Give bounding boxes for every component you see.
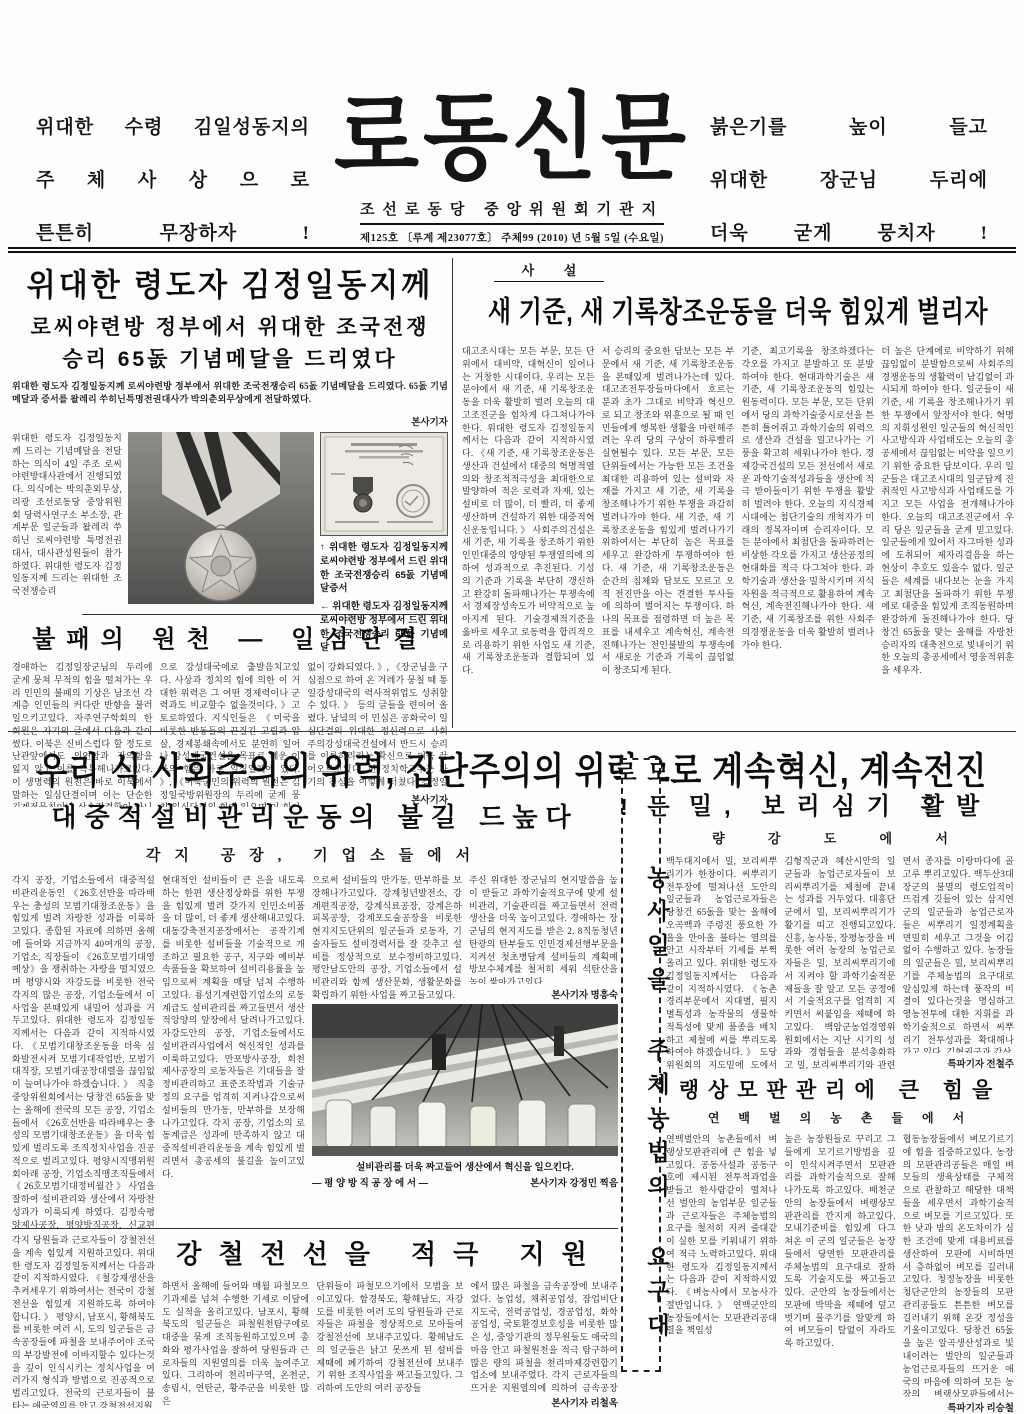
steel-article-column: 단위들이 파철모으기에서 모범을 보이고있다. 함경북도, 황해남도, 자강도를… xyxy=(316,1280,463,1410)
editorial-column: 기준, 최고기록을 창조하겠다는 각오를 가지고 분발하고 또 분발하여야 한다… xyxy=(742,345,875,743)
editorial-label: 사 설 xyxy=(494,260,604,282)
divider xyxy=(452,258,453,728)
medal-article-subhead: 승리 65돐 기념메달을 드리였다 xyxy=(12,343,448,373)
wheat-article-headline: 밀, 보리심기 활발 xyxy=(666,786,1014,821)
steel-article-byline: 본사기자 리철옥 xyxy=(471,1395,618,1409)
editorial-headline: 새 기준, 새 기록창조운동을 더욱 힘있게 벌리자 xyxy=(462,288,1014,330)
medal-photo xyxy=(128,432,314,604)
editorial-column: 더 높은 단계에로 비약하기 위해 끊임없이 분발함으로써 사회주의경쟁운동의 … xyxy=(881,345,1014,743)
medal-article-subhead: 로씨야련방 정부에서 위대한 조국전쟁 xyxy=(12,311,448,341)
slogan-line: 위대한 장군님 두리에 xyxy=(710,165,988,192)
steel-article: 각지 당원들과 근로자들이 강철전선을 계속 힘있게 지원하고있다. 위대한 령… xyxy=(12,1234,618,1410)
seedbed-article-subhead: 연 백 벌 의 농 촌 들 에 서 xyxy=(666,1109,1014,1126)
factory-photo xyxy=(312,1004,618,1156)
editorial: 사 설 새 기준, 새 기록창조운동을 더욱 힘있게 벌리자 대고조시대는 모든… xyxy=(462,260,1014,728)
medal-article-lead: 위대한 령도자 김정일동지께 로씨야련방 정부에서 위대한 조국전쟁승리 65돐… xyxy=(12,380,448,414)
organ-line: 조선로동당 중앙위원회기관지 xyxy=(360,198,664,225)
equipment-article-subhead: 각지 공장, 기업소들에서 xyxy=(12,844,618,865)
slogan-line: 붉은기를 높이 들고 xyxy=(710,112,988,139)
equipment-article-column: 현대적인 설비들이 큰 은을 내도록 하는 한편 생산정상화를 위한 투쟁을 힘… xyxy=(162,874,305,1232)
seedbed-article: 랭상모판관리에 큰 힘을 연 백 벌 의 농 촌 들 에 서 연백벌안의 농촌들… xyxy=(666,1074,1014,1414)
certificate-photo xyxy=(320,432,448,536)
seedbed-article-byline: 특파기자 리승철 xyxy=(903,1400,1014,1414)
medal-article-side-column: 위대한 령도자 김정일동지께 드리는 기념메달을 전달하는 의식이 4일 주조 … xyxy=(12,432,122,606)
newspaper-page: 위대한 수령 김일성동지의 주 체 사 상 으 로 튼튼히 무장하자 ! 로동신… xyxy=(0,0,1024,1414)
steel-article-column: 에서 많은 파철을 금속공장에 보내주었다. 농업성, 채취공업성, 잠업비단지… xyxy=(471,1280,618,1392)
editorial-column: 서 승리의 중요한 담보는 모든 부문에서 새 기준, 새 기록창조운동을 본때… xyxy=(602,345,735,743)
slogan-line: 더욱 굳게 뭉치자 ! xyxy=(710,218,988,245)
equipment-article-headline: 대중적설비관리운동의 불길 드높다 xyxy=(12,797,618,834)
masthead-center: 로동신문 조선로동당 중앙위원회기관지 제125호 〔루계 제23077호〕 주… xyxy=(322,96,702,245)
equipment-article-column: 각지 공장, 기업소들에서 대중적설비관리운동인 《26호선반을 따라배우는 충… xyxy=(12,874,155,1232)
divider xyxy=(12,1228,618,1229)
seedbed-article-headline: 랭상모판관리에 큰 힘을 xyxy=(666,1074,1014,1104)
wheat-article-column: 면서 종자를 이랑마다에 골고루 뿌리고있다. 백두산3대장군의 불멸의 령도업… xyxy=(903,855,1014,1053)
masthead-divider xyxy=(8,247,1016,253)
steel-article-headline: 강철전선을 적극 지원 xyxy=(162,1234,618,1271)
medal-article-headline: 위대한 령도자 김정일동지께 xyxy=(12,259,448,305)
wheat-article-column: 김형직군과 혜산시안의 일군들과 농업근로자들이 보리씨뿌리기를 제철에 끝내는… xyxy=(784,855,895,1071)
factory-photo-credit: 본사기자 강정민 찍음 xyxy=(530,1177,618,1191)
newspaper-title: 로동신문 xyxy=(322,92,702,187)
editorial-column: 대고조시대는 모든 부문, 모든 단위에서 대비약, 대혁신이 일어나는 거창한… xyxy=(462,345,595,743)
issue-date-line: 제125호 〔루계 제23077호〕 주체99 (2010) 년 5월 5일 (… xyxy=(322,230,702,245)
seedbed-article-column: 협동농장들에서 벼모기르기에 힘을 집중하고있다. 농장의 모판관리공들은 매일… xyxy=(903,1133,1014,1397)
equipment-article-column: 주신 위대한 장군님의 현지말씀을 높이 받들고 과학기술적요구에 맞게 설비관… xyxy=(469,874,618,984)
factory-photo-location: — 평 양 방 직 공 장 에 서 — xyxy=(312,1177,428,1191)
steel-article-column: 각지 당원들과 근로자들이 강철전선을 계속 힘있게 지원하고있다. 위대한 령… xyxy=(12,1234,155,1408)
equipment-article-byline: 본사기자 명흥숙 xyxy=(469,987,618,1000)
vertical-slogan-banner: 모든 농사일을 주체농법의 요구대로! xyxy=(621,758,661,1372)
factory-photo-caption: 설비관리를 더욱 짜고들어 생산에서 혁신을 일으킨다. xyxy=(312,1161,618,1175)
seedbed-article-column: 연백벌안의 농촌들에서 벼랭상모판관리에 큰 힘을 넣고있다. 공동사설과 공동… xyxy=(666,1133,777,1414)
equipment-article: 대중적설비관리운동의 불길 드높다 각지 공장, 기업소들에서 각지 공장, 기… xyxy=(12,797,618,1232)
wheat-article-byline: 특파기자 전철주 xyxy=(903,1056,1014,1070)
steel-article-column: 하면서 올해에 들어와 매월 파철모으기과제를 넘쳐 수행한 기세로 이달에도 … xyxy=(162,1280,309,1410)
medal-article-byline: 본사기자 xyxy=(12,414,448,428)
certificate-caption: ↑ 위대한 령도자 김정일동지께 로씨야련방 정부에서 드린 위대한 조국전쟁승… xyxy=(320,541,448,596)
slogan-line: 위대한 수령 김일성동지의 xyxy=(36,112,310,139)
masthead-right-slogan: 붉은기를 높이 들고 위대한 장군님 두리에 더욱 굳게 뭉치자 ! xyxy=(710,112,988,245)
seedbed-article-column: 높은 농장원들로 꾸리고 그들에게 모기르기방법을 깊이 인식시켜주면서 모판관… xyxy=(784,1133,895,1414)
medal-article: 위대한 령도자 김정일동지께 로씨야련방 정부에서 위대한 조국전쟁 승리 65… xyxy=(12,260,448,728)
slogan-line: 주 체 사 상 으 로 xyxy=(36,165,310,192)
equipment-article-column: 으로써 설비들의 만가동, 만부하를 보장해나가고있다. 강계청년발전소, 강계… xyxy=(312,874,462,1000)
divider xyxy=(8,731,1016,732)
wheat-article-subhead: 량 강 도 에 서 xyxy=(666,828,1014,847)
unity-article-headline: 불패의 원천 — 일심단결 xyxy=(12,619,448,654)
wheat-article: 밀, 보리심기 활발 량 강 도 에 서 백두대지에서 밀, 보리씨뿌리기가 한… xyxy=(666,786,1014,1071)
masthead-left-slogan: 위대한 수령 김일성동지의 주 체 사 상 으 로 튼튼히 무장하자 ! xyxy=(36,112,310,245)
slogan-line: 튼튼히 무장하자 ! xyxy=(36,218,310,245)
wheat-article-column: 백두대지에서 밀, 보리씨뿌리기가 한창이다. 씨뿌리기전투장에 떨쳐나선 도안… xyxy=(666,855,777,1071)
